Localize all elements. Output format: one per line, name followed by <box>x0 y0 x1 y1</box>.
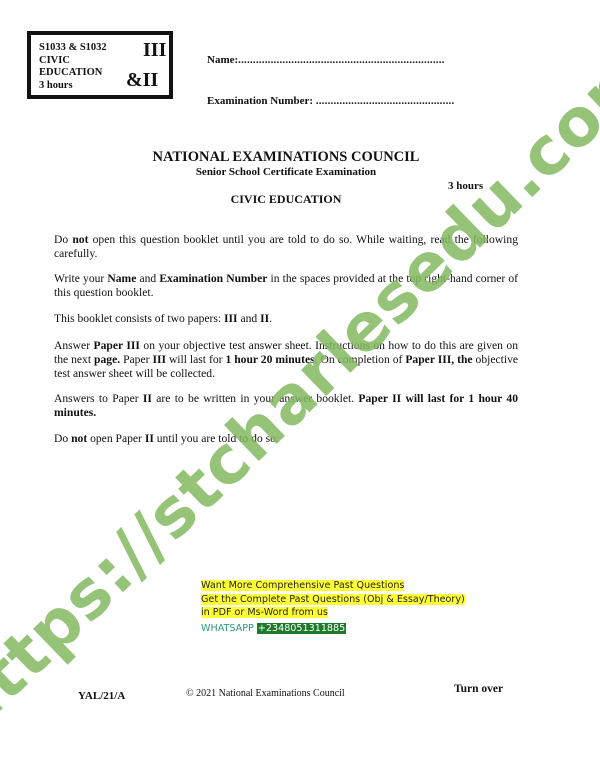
paper-number-bottom: &II <box>126 69 158 92</box>
instruction-paragraph: This booklet consists of two papers: III… <box>54 312 518 326</box>
subject-title: CIVIC EDUCATION <box>0 192 586 207</box>
instruction-paragraph: Answer Paper III on your objective test … <box>54 339 518 380</box>
paper-code-line: S1033 & S1032 <box>39 42 107 55</box>
text: Write your <box>54 272 107 285</box>
exam-number-field[interactable]: Examination Number: ....................… <box>207 95 454 107</box>
promo-line: Get the Complete Past Questions (Obj & E… <box>201 594 465 605</box>
bold-text: 1 hour 20 minutes <box>225 353 314 366</box>
name-label: Name: <box>207 54 238 66</box>
name-field[interactable]: Name:...................................… <box>207 54 445 66</box>
council-title: NATIONAL EXAMINATIONS COUNCIL <box>0 149 586 166</box>
instruction-paragraph: Do not open Paper II until you are told … <box>54 432 518 446</box>
paper-number-top: III <box>143 39 166 62</box>
instruction-paragraph: Answers to Paper II are to be written in… <box>54 392 518 420</box>
bold-text: Name <box>107 272 136 285</box>
exam-subtitle: Senior School Certificate Examination <box>0 166 586 178</box>
bold-text: Examination Number <box>159 272 267 285</box>
promo-block: Want More Comprehensive Past Questions G… <box>201 579 465 635</box>
bold-text: III <box>224 312 238 325</box>
bold-text: Paper III <box>94 339 140 352</box>
text: open this question booklet until you are… <box>54 233 518 260</box>
exam-number-label: Examination Number: <box>207 95 313 107</box>
text: Do <box>54 233 72 246</box>
whatsapp-label: WHATSAPP <box>201 622 254 636</box>
text: . On completion of <box>315 353 406 366</box>
text: and <box>238 312 261 325</box>
text: until you are told to do so. <box>154 432 279 445</box>
instruction-paragraph: Do not open this question booklet until … <box>54 233 518 261</box>
bold-text: III <box>152 353 166 366</box>
bold-text: Paper III, the <box>405 353 472 366</box>
text: open Paper <box>87 432 145 445</box>
bold-text: not <box>71 432 87 445</box>
text: This booklet consists of two papers: <box>54 312 224 325</box>
paper-codes: S1033 & S1032 CIVIC EDUCATION 3 hours <box>39 42 107 92</box>
bold-text: page. <box>94 353 120 366</box>
text: are to be written in your answer booklet… <box>152 392 358 405</box>
text: Answer <box>54 339 94 352</box>
watermark: https://stcharlesedu.com <box>0 31 600 749</box>
text: and <box>136 272 159 285</box>
whatsapp-phone-link[interactable]: +2348051311885 <box>257 623 346 634</box>
text: Answers to Paper <box>54 392 143 405</box>
paper-code-line: EDUCATION <box>39 67 107 80</box>
exam-number-dots: ........................................… <box>316 95 455 107</box>
bold-text: II <box>260 312 269 325</box>
bold-text: II <box>145 432 154 445</box>
name-dots: ........................................… <box>238 54 445 66</box>
duration: 3 hours <box>448 180 483 192</box>
promo-line: in PDF or Ms-Word from us <box>201 607 328 618</box>
text: Do <box>54 432 71 445</box>
paper-code-line: CIVIC <box>39 55 107 68</box>
bold-text: not <box>72 233 88 246</box>
promo-line: Want More Comprehensive Past Questions <box>201 580 404 591</box>
paper-code-box: S1033 & S1032 CIVIC EDUCATION 3 hours II… <box>27 31 173 99</box>
copyright: © 2021 National Examinations Council <box>186 688 345 699</box>
paper-reference-code: YAL/21/A <box>78 690 125 702</box>
text: Paper <box>120 353 152 366</box>
text: . <box>269 312 272 325</box>
text: will last for <box>166 353 225 366</box>
instruction-paragraph: Write your Name and Examination Number i… <box>54 272 518 300</box>
turn-over: Turn over <box>454 683 503 695</box>
bold-text: II <box>143 392 152 405</box>
paper-code-line: 3 hours <box>39 80 107 93</box>
